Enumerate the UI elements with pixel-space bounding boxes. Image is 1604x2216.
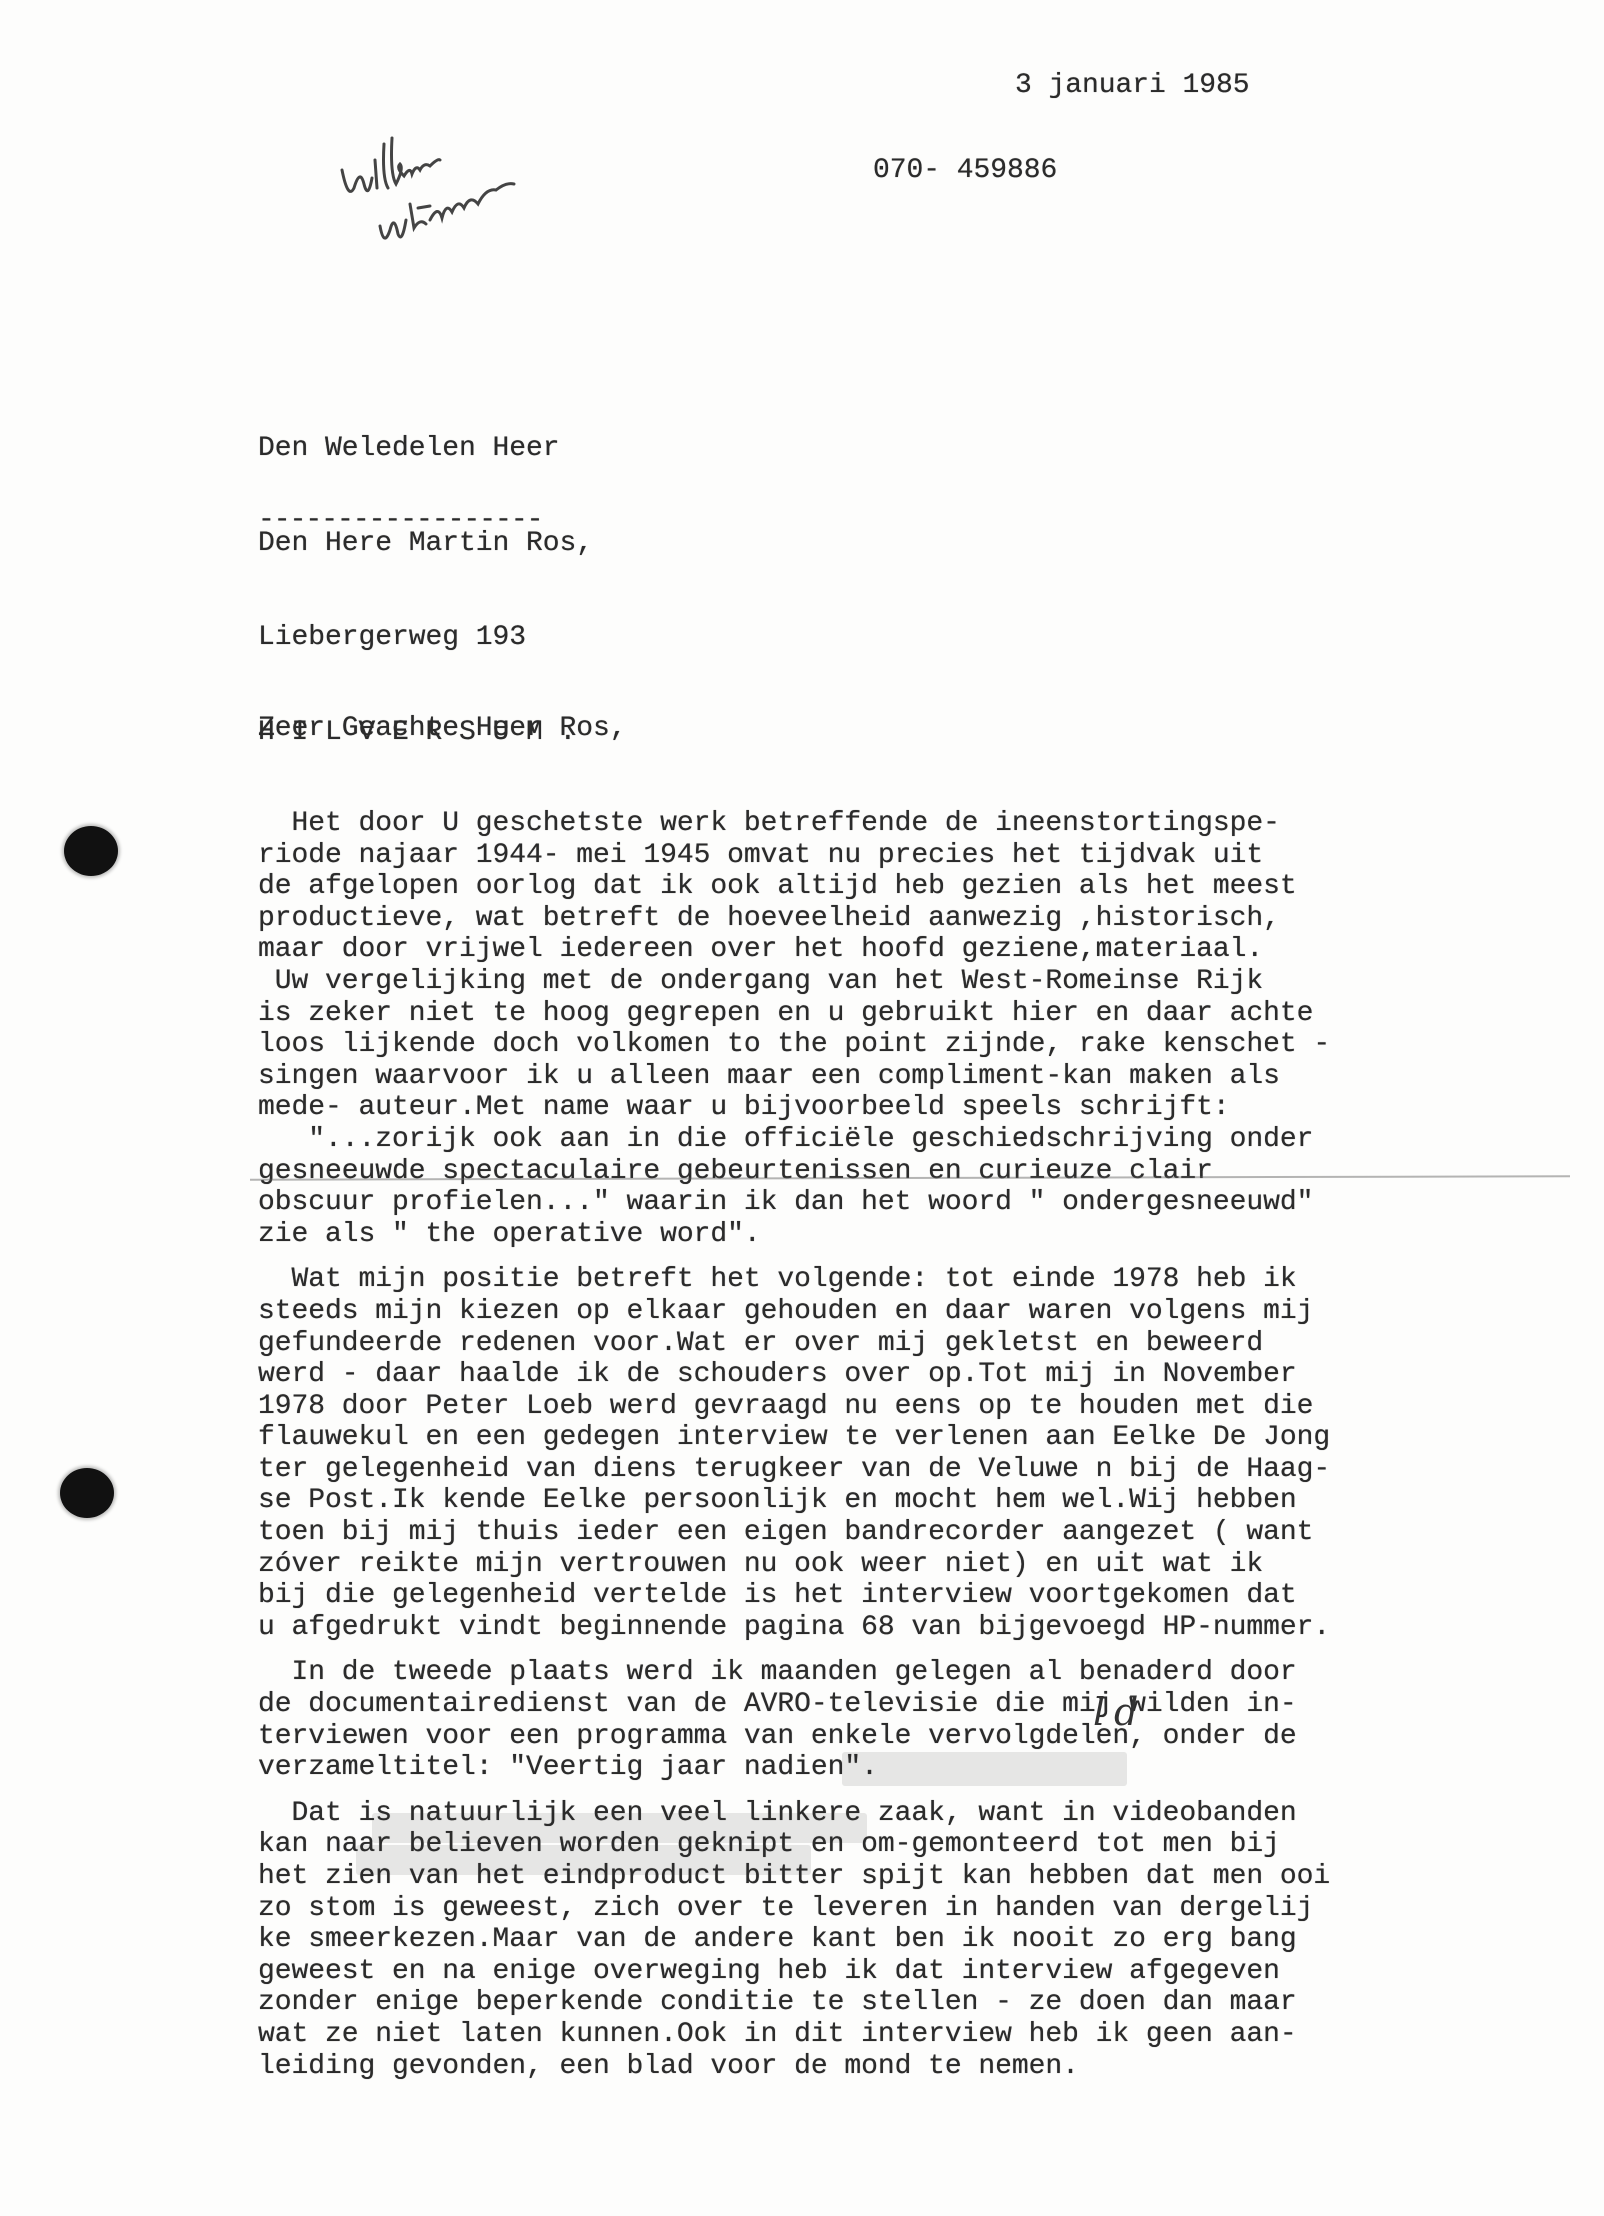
text-line: gefundeerde redenen voor.Wat er over mij… [258,1328,1330,1360]
salutation: Zeer Geachte Heer Ros, [258,713,627,744]
text-line: ter gelegenheid van diens terugkeer van … [258,1454,1330,1486]
handwritten-signature [330,108,530,248]
text-line: toen bij mij thuis ieder een eigen bandr… [258,1517,1330,1549]
address-line: Liebergerweg 193 [258,622,593,654]
text-line: loos lijkende doch volkomen to the point… [258,1029,1330,1061]
text-line: terviewen voor een programma van enkele … [258,1721,1330,1753]
paragraph-gap [258,1250,1330,1264]
letter-page: 3 januari 1985 070- 459886 Den Weledelen… [0,0,1604,2216]
text-line: is zeker niet te hoog gegrepen en u gebr… [258,998,1330,1030]
text-line: geweest en na enige overweging heb ik da… [258,1956,1330,1988]
text-line: productieve, wat betreft de hoeveelheid … [258,903,1330,935]
text-line: de afgelopen oorlog dat ik ook altijd he… [258,871,1330,903]
text-line: de documentairedienst van de AVRO-televi… [258,1689,1330,1721]
punch-hole-top [64,826,118,876]
pencil-correction: d [1114,1690,1138,1734]
text-line: se Post.Ik kende Eelke persoonlijk en mo… [258,1485,1330,1517]
text-line: "...zorijk ook aan in die officiële gesc… [258,1124,1330,1156]
text-line: riode najaar 1944- mei 1945 omvat nu pre… [258,840,1330,872]
text-line: leiding gevonden, een blad voor de mond … [258,2051,1330,2083]
text-line: kan naar believen worden geknipt en om-g… [258,1829,1330,1861]
paragraph-gap [258,1784,1330,1798]
text-line: singen waarvoor ik u alleen maar een com… [258,1061,1330,1093]
paragraph-gap [258,1643,1330,1657]
text-line: mede- auteur.Met name waar u bijvoorbeel… [258,1092,1330,1124]
text-line: steeds mijn kiezen op elkaar gehouden en… [258,1296,1330,1328]
text-line: flauwekul en een gedegen interview te ve… [258,1422,1330,1454]
text-line: u afgedrukt vindt beginnende pagina 68 v… [258,1612,1330,1644]
text-line: obscuur profielen..." waarin ik dan het … [258,1187,1330,1219]
text-line: werd - daar haalde ik de schouders over … [258,1359,1330,1391]
paragraph: Wat mijn positie betreft het volgende: t… [258,1264,1330,1643]
letter-date: 3 januari 1985 [1015,70,1250,101]
text-line: 1978 door Peter Loeb werd gevraagd nu ee… [258,1391,1330,1423]
text-line: In de tweede plaats werd ik maanden gele… [258,1657,1330,1689]
punch-hole-bottom [60,1468,114,1518]
text-line: ke smeerkezen.Maar van de andere kant be… [258,1924,1330,1956]
text-line: zonder enige beperkende conditie te stel… [258,1987,1330,2019]
text-line: verzameltitel: "Veertig jaar nadien". [258,1752,1330,1784]
address-line: Den Weledelen Heer [258,433,593,465]
pencil-correction: l [1093,1690,1105,1734]
text-line: Het door U geschetste werk betreffende d… [258,808,1330,840]
recipient-address: Den Weledelen Heer Den Here Martin Ros, … [258,370,593,811]
text-line: wat ze niet laten kunnen.Ook in dit inte… [258,2019,1330,2051]
text-line: bij die gelegenheid vertelde is het inte… [258,1580,1330,1612]
paragraph: Het door U geschetste werk betreffende d… [258,808,1330,1250]
text-line: Uw vergelijking met de ondergang van het… [258,966,1330,998]
text-line: maar door vrijwel iedereen over het hoof… [258,934,1330,966]
address-underline: ------------------ [258,505,542,536]
text-line: Wat mijn positie betreft het volgende: t… [258,1264,1330,1296]
letter-body: Het door U geschetste werk betreffende d… [258,808,1330,2082]
signature-scribble-icon [330,108,530,248]
text-line: het zien van het eindproduct bitter spij… [258,1861,1330,1893]
text-line: zie als " the operative word". [258,1219,1330,1251]
text-line: Dat is natuurlijk een veel linkere zaak,… [258,1798,1330,1830]
text-line: zóver reikte mijn vertrouwen nu ook weer… [258,1549,1330,1581]
paragraph: Dat is natuurlijk een veel linkere zaak,… [258,1798,1330,2082]
phone-number: 070- 459886 [873,155,1057,186]
text-line: zo stom is geweest, zich over te leveren… [258,1893,1330,1925]
paragraph: In de tweede plaats werd ik maanden gele… [258,1657,1330,1783]
text-line: gesneeuwde spectaculaire gebeurtenissen … [258,1156,1330,1188]
